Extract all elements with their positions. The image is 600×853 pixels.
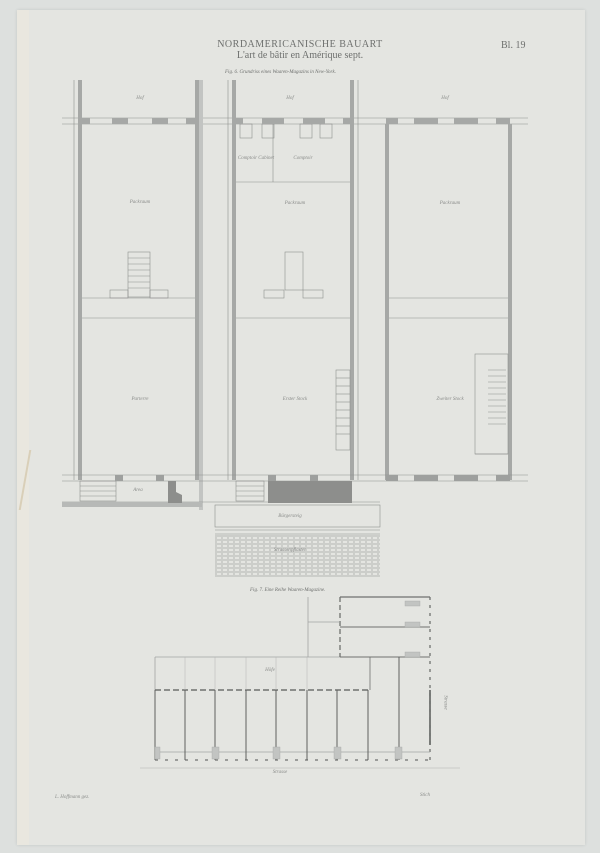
- figure2-caption: Fig. 7. Eine Reihe Waaren-Magazine.: [250, 588, 325, 593]
- street-side-label: Strasse: [443, 688, 448, 718]
- room-packraum-3: Packraum: [420, 201, 480, 206]
- room-comptoir: Comptoir: [283, 156, 323, 161]
- room-area: Area: [118, 488, 158, 493]
- room-packraum-1: Packraum: [110, 200, 170, 205]
- room-comptoir-cabinet: Comptoir Cabinet: [236, 156, 276, 161]
- pavement-label: Strassenpflaster: [250, 548, 330, 553]
- courtyards-label: Höfe: [250, 668, 290, 673]
- room-parterre: Parterre: [110, 397, 170, 402]
- room-packraum-2: Packraum: [265, 201, 325, 206]
- room-zweiter-stock: Zweiter Stock: [420, 397, 480, 402]
- engraver-left: L. Hoffmann gez.: [55, 795, 115, 800]
- sidewalk-label: Bürgersteig: [250, 514, 330, 519]
- room-erster-stock: Erster Stock: [265, 397, 325, 402]
- engraver-right: Stich: [410, 793, 440, 798]
- street-front-label: Strasse: [255, 770, 305, 775]
- floor-plan-drawing: [0, 0, 600, 853]
